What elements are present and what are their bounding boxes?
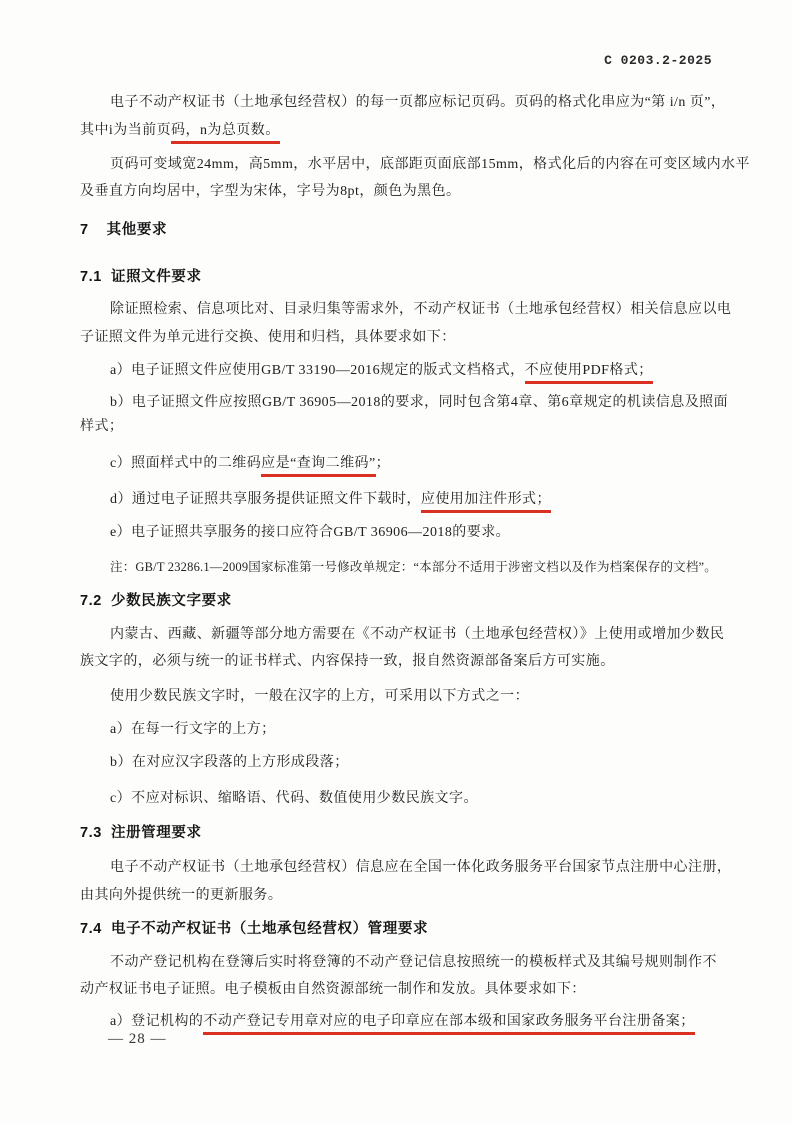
text-run: a）电子证照文件应使用GB/T 33190—2016规定的版式文档格式， — [110, 363, 525, 378]
paragraph-line: 子证照文件为单元进行交换、使用和归档，具体要求如下： — [80, 328, 740, 348]
list-item-a: a）登记机构的不动产登记专用章对应的电子印章应在部本级和国家政务服务平台注册备案… — [80, 1012, 770, 1032]
text-run: 不动产登记机构在登簿后实时将登簿的不动产登记信息按照统一的模板样式及其编号规则制… — [110, 955, 717, 970]
standard-code: C 0203.2-2025 — [604, 53, 712, 68]
list-item-e: e）电子证照共享服务的接口应符合GB/T 36906—2018的要求。 — [80, 523, 770, 543]
paragraph-line: 除证照检索、信息项比对、目录归集等需求外，不动产权证书（土地承包经营权）相关信息… — [80, 300, 770, 320]
text-run: a）在每一行文字的上方； — [110, 722, 276, 737]
text-run: b）电子证照文件应按照GB/T 36905—2018的要求，同时包含第4章、第6… — [110, 395, 728, 410]
paragraph-line: 使用少数民族文字时，一般在汉字的上方，可采用以下方式之一： — [80, 687, 770, 707]
section-heading-7-2: 7.2少数民族文字要求 — [80, 591, 740, 611]
paragraph-line: 其中i为当前页码，n为总页数。 — [80, 121, 740, 141]
text-run: d）通过电子证照共享服务提供证照文件下载时， — [110, 492, 421, 507]
text-run: e）电子证照共享服务的接口应符合GB/T 36906—2018的要求。 — [110, 525, 510, 540]
text-run: c）照面样式中的二维码 — [110, 456, 261, 471]
list-item-b-continued: 样式； — [80, 417, 740, 437]
text-run: 页码可变域宽24mm，高5mm，水平居中，底部距页面底部15mm，格式化后的内容… — [110, 157, 750, 172]
list-item-d: d）通过电子证照共享服务提供证照文件下载时，应使用加注件形式； — [80, 490, 770, 510]
text-run: 动产权证书电子证照。电子模板由自然资源部统一制作和发放。具体要求如下： — [80, 982, 586, 997]
paragraph-line: 动产权证书电子证照。电子模板由自然资源部统一制作和发放。具体要求如下： — [80, 980, 740, 1000]
list-item-a: a）在每一行文字的上方； — [80, 720, 770, 740]
heading-number: 7.1 — [80, 269, 102, 285]
document-page: C 0203.2-2025 电子不动产权证书（土地承包经营权）的每一页都应标记页… — [0, 0, 792, 1123]
paragraph-line: 族文字的，必须与统一的证书样式、内容保持一致，报自然资源部备案后方可实施。 — [80, 652, 740, 672]
heading-title: 证照文件要求 — [111, 269, 202, 285]
paragraph-line: 及垂直方向均居中，字型为宋体，字号为8pt，颜色为黑色。 — [80, 182, 740, 202]
list-item-a: a）电子证照文件应使用GB/T 33190—2016规定的版式文档格式，不应使用… — [80, 361, 770, 381]
list-item-c: c）照面样式中的二维码应是“查询二维码”； — [80, 454, 770, 474]
paragraph-line: 不动产登记机构在登簿后实时将登簿的不动产登记信息按照统一的模板样式及其编号规则制… — [80, 953, 770, 973]
paragraph-line: 电子不动产权证书（土地承包经营权）的每一页都应标记页码。页码的格式化串应为“第 … — [80, 93, 770, 113]
heading-number: 7 — [80, 222, 89, 238]
paragraph-line: 由其向外提供统一的更新服务。 — [80, 886, 740, 906]
section-heading-7-1: 7.1证照文件要求 — [80, 267, 740, 287]
red-underlined-text: 不动产登记专用章对应的电子印章应在部本级和国家政务服务平台注册备案； — [203, 1014, 694, 1035]
heading-title: 电子不动产权证书（土地承包经营权）管理要求 — [111, 921, 428, 937]
heading-title: 注册管理要求 — [111, 825, 202, 841]
text-run: ； — [376, 456, 390, 471]
text-run: c）不应对标识、缩略语、代码、数值使用少数民族文字。 — [110, 791, 478, 806]
text-run: a）登记机构的 — [110, 1014, 203, 1029]
list-item-c: c）不应对标识、缩略语、代码、数值使用少数民族文字。 — [80, 789, 770, 809]
section-heading-7-3: 7.3注册管理要求 — [80, 823, 740, 843]
text-run: 子证照文件为单元进行交换、使用和归档，具体要求如下： — [80, 330, 456, 345]
list-item-b: b）在对应汉字段落的上方形成段落； — [80, 753, 770, 773]
heading-number: 7.2 — [80, 593, 102, 609]
heading-title: 其他要求 — [107, 222, 167, 238]
text-run: 族文字的，必须与统一的证书样式、内容保持一致，报自然资源部备案后方可实施。 — [80, 654, 615, 669]
paragraph-line: 电子不动产权证书（土地承包经营权）信息应在全国一体化政务服务平台国家节点注册中心… — [80, 858, 770, 878]
heading-number: 7.3 — [80, 825, 102, 841]
section-heading-7-4: 7.4电子不动产权证书（土地承包经营权）管理要求 — [80, 919, 740, 939]
section-heading-7: 7其他要求 — [80, 220, 740, 240]
list-item-b: b）电子证照文件应按照GB/T 36905—2018的要求，同时包含第4章、第6… — [80, 393, 770, 413]
text-run: b）在对应汉字段落的上方形成段落； — [110, 755, 349, 770]
heading-title: 少数民族文字要求 — [111, 593, 232, 609]
paragraph-line: 内蒙古、西藏、新疆等部分地方需要在《不动产权证书（土地承包经营权）》上使用或增加… — [80, 625, 770, 645]
red-underlined-text: 应是“查询二维码” — [261, 456, 375, 477]
red-underlined-text: 应使用加注件形式； — [421, 492, 551, 513]
page-number: — 28 — — [108, 1031, 167, 1048]
text-run: 电子不动产权证书（土地承包经营权）的每一页都应标记页码。页码的格式化串应为“第 … — [110, 95, 725, 110]
red-underlined-text: 不应使用PDF格式； — [525, 363, 653, 384]
text-run: 样式； — [80, 419, 123, 434]
text-run: 及垂直方向均居中，字型为宋体，字号为8pt，颜色为黑色。 — [80, 184, 461, 199]
heading-number: 7.4 — [80, 921, 102, 937]
text-run: 除证照检索、信息项比对、目录归集等需求外，不动产权证书（土地承包经营权）相关信息… — [110, 302, 731, 317]
text-run: 由其向外提供统一的更新服务。 — [80, 888, 282, 903]
text-run: 注：GB/T 23286.1—2009国家标准第一号修改单规定：“本部分不适用于… — [110, 560, 717, 574]
paragraph-line: 页码可变域宽24mm，高5mm，水平居中，底部距页面底部15mm，格式化后的内容… — [80, 155, 770, 175]
red-underlined-text: 码，n为总页数。 — [171, 123, 280, 144]
text-run: 使用少数民族文字时，一般在汉字的上方，可采用以下方式之一： — [110, 689, 529, 704]
text-run: 内蒙古、西藏、新疆等部分地方需要在《不动产权证书（土地承包经营权）》上使用或增加… — [110, 627, 724, 642]
text-run: 其中i为当前页 — [80, 123, 171, 138]
text-run: 电子不动产权证书（土地承包经营权）信息应在全国一体化政务服务平台国家节点注册中心… — [110, 860, 731, 875]
note-line: 注：GB/T 23286.1—2009国家标准第一号修改单规定：“本部分不适用于… — [80, 557, 770, 577]
